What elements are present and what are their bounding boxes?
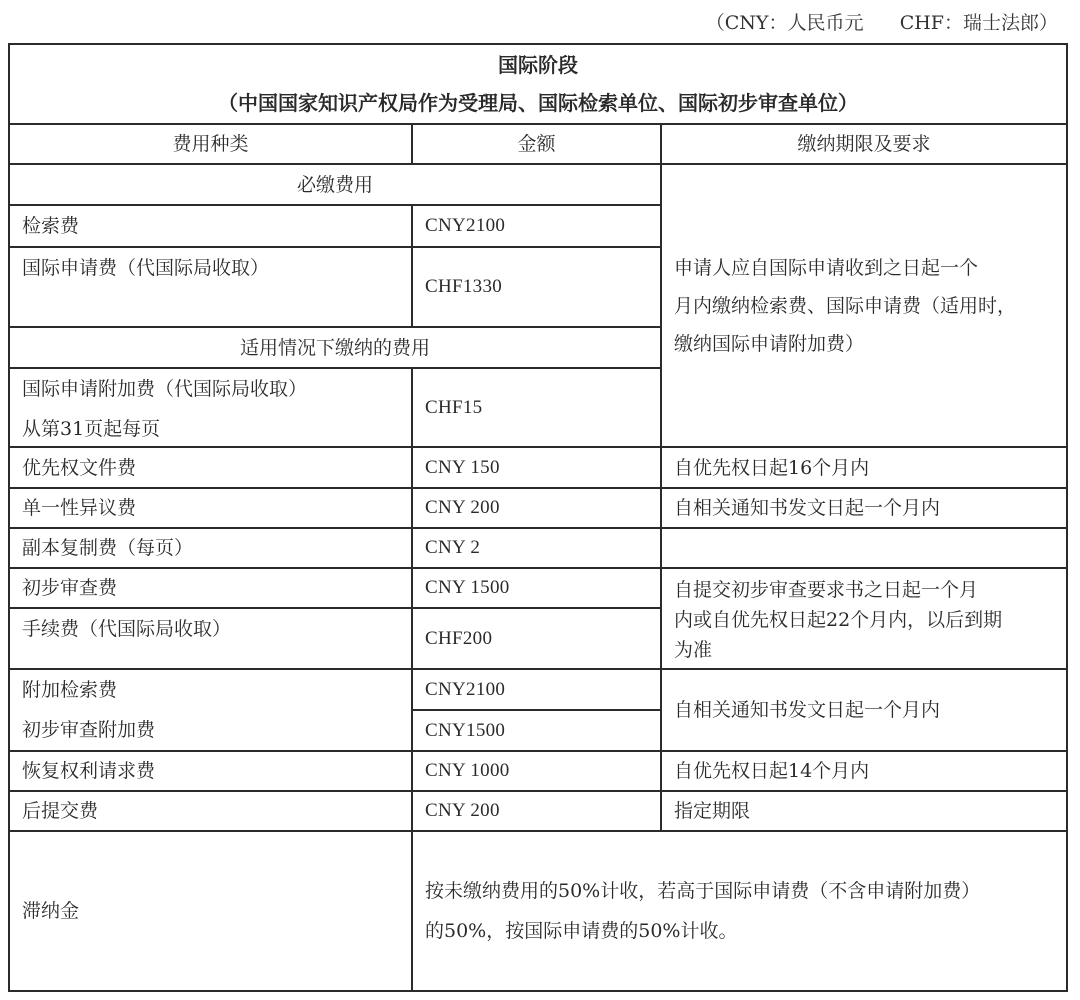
- fee-name-line: 国际申请附加费（代国际局收取）: [22, 369, 399, 409]
- amount-cell: CNY 200: [413, 792, 662, 832]
- fee-cell: 后提交费: [10, 792, 413, 832]
- requirement-line: 月内缴纳检索费、国际申请费（适用时，: [674, 287, 1016, 325]
- fee-cell: 检索费: [10, 206, 413, 248]
- fee-amount: CNY1500: [425, 711, 505, 751]
- fee-table: 国际阶段 （中国国家知识产权局作为受理局、国际检索单位、国际初步审查单位） 费用…: [8, 43, 1068, 992]
- fee-amount: CNY 200: [425, 488, 500, 528]
- section-mandatory: 必缴费用: [10, 165, 662, 206]
- fee-cell: 单一性异议费: [10, 489, 413, 529]
- fee-amount: CNY 1500: [425, 568, 510, 608]
- fee-amount: CNY 1000: [425, 751, 510, 791]
- fee-cell: 国际申请附加费（代国际局收取） 从第31页起每页: [10, 369, 413, 448]
- fee-cell: 滞纳金: [10, 832, 413, 990]
- fee-amount: CNY 2: [425, 528, 480, 568]
- header-requirement: 缴纳期限及要求: [662, 125, 1066, 165]
- requirement-cell-additional: 自相关通知书发文日起一个月内: [662, 670, 1066, 752]
- header-label: 金额: [517, 124, 555, 164]
- fee-name: 恢复权利请求费: [22, 751, 155, 791]
- fee-name: 滞纳金: [22, 891, 79, 931]
- requirement-line: 内或自优先权日起22个月内，以后到期: [674, 605, 1002, 635]
- fee-amount: CHF1330: [425, 267, 502, 307]
- amount-cell: CNY 200: [413, 489, 662, 529]
- requirement-line: 申请人应自国际申请收到之日起一个: [674, 249, 1016, 287]
- fee-name-line: 附加检索费: [22, 670, 399, 710]
- fee-amount: CNY2100: [425, 670, 505, 710]
- requirement-cell: [662, 529, 1066, 569]
- cny-legend: （CNY：人民币元: [706, 12, 864, 34]
- section-label: 必缴费用: [297, 165, 373, 205]
- fee-cell: 附加检索费 初步审查附加费: [10, 670, 413, 752]
- requirement-text: 自相关通知书发文日起一个月内: [674, 488, 940, 528]
- fee-name: 后提交费: [22, 791, 98, 831]
- requirement-text: 指定期限: [674, 791, 750, 831]
- fee-name: 单一性异议费: [22, 488, 136, 528]
- amount-cell: CNY 150: [413, 448, 662, 489]
- requirement-cell: 自优先权日起14个月内: [662, 752, 1066, 792]
- requirement-cell-prelim: 自提交初步审查要求书之日起一个月 内或自优先权日起22个月内，以后到期 为准: [662, 569, 1066, 670]
- amount-cell: CNY 1500: [413, 569, 662, 609]
- requirement-line: 缴纳国际申请附加费）: [674, 325, 1016, 363]
- fee-amount: CHF15: [425, 388, 482, 428]
- requirement-line: 为准: [674, 635, 1002, 665]
- amount-cell: CNY 2: [413, 529, 662, 569]
- fee-name: 检索费: [22, 206, 79, 246]
- fee-cell: 副本复制费（每页）: [10, 529, 413, 569]
- header-amount: 金额: [413, 125, 662, 165]
- fee-cell: 优先权文件费: [10, 448, 413, 489]
- fee-name: 手续费（代国际局收取）: [22, 609, 231, 649]
- requirement-line: 自提交初步审查要求书之日起一个月: [674, 575, 1002, 605]
- fee-amount: CNY 150: [425, 448, 500, 488]
- amount-cell: CNY2100: [413, 206, 662, 248]
- chf-legend: CHF：瑞士法郎）: [900, 12, 1058, 34]
- section-label: 适用情况下缴纳的费用: [240, 328, 430, 368]
- fee-cell: 国际申请费（代国际局收取）: [10, 248, 413, 328]
- fee-cell: 恢复权利请求费: [10, 752, 413, 792]
- fee-name: 国际申请费（代国际局收取）: [22, 248, 269, 288]
- requirement-text: 申请人应自国际申请收到之日起一个 月内缴纳检索费、国际申请费（适用时， 缴纳国际…: [674, 249, 1016, 363]
- title-text: 国际阶段: [498, 46, 578, 84]
- fee-name-line: 初步审查附加费: [22, 710, 399, 750]
- header-label: 缴纳期限及要求: [797, 124, 930, 164]
- requirement-cell-mandatory: 申请人应自国际申请收到之日起一个 月内缴纳检索费、国际申请费（适用时， 缴纳国际…: [662, 165, 1066, 448]
- section-conditional: 适用情况下缴纳的费用: [10, 328, 662, 369]
- fee-name: 初步审查费: [22, 568, 117, 608]
- requirement-text: 自相关通知书发文日起一个月内: [674, 690, 940, 730]
- fee-name-line: 从第31页起每页: [22, 409, 399, 449]
- amount-cell: CHF1330: [413, 248, 662, 328]
- fee-amount: CHF200: [425, 619, 492, 659]
- header-label: 费用种类: [172, 124, 248, 164]
- fee-name: 副本复制费（每页）: [22, 528, 193, 568]
- requirement-text: 自优先权日起14个月内: [674, 751, 869, 791]
- fee-amount: CNY2100: [425, 206, 505, 246]
- amount-cell: CNY 1000: [413, 752, 662, 792]
- fee-cell: 手续费（代国际局收取）: [10, 609, 413, 670]
- late-fee-rule-cell: 按未缴纳费用的50%计收，若高于国际申请费（不含申请附加费） 的50%，按国际申…: [413, 832, 1066, 990]
- amount-cell: CHF200: [413, 609, 662, 670]
- late-fee-line: 按未缴纳费用的50%计收，若高于国际申请费（不含申请附加费）: [425, 871, 980, 911]
- amount-cell: CHF15: [413, 369, 662, 448]
- table-title: 国际阶段 （中国国家知识产权局作为受理局、国际检索单位、国际初步审查单位）: [10, 45, 1066, 125]
- requirement-cell: 自优先权日起16个月内: [662, 448, 1066, 489]
- fee-amount: CNY 200: [425, 791, 500, 831]
- requirement-cell: 指定期限: [662, 792, 1066, 832]
- amount-cell: CNY1500: [413, 711, 662, 752]
- header-fee-type: 费用种类: [10, 125, 413, 165]
- fee-name: 优先权文件费: [22, 448, 136, 488]
- amount-cell: CNY2100: [413, 670, 662, 711]
- late-fee-text: 按未缴纳费用的50%计收，若高于国际申请费（不含申请附加费） 的50%，按国际申…: [425, 871, 980, 951]
- requirement-cell: 自相关通知书发文日起一个月内: [662, 489, 1066, 529]
- subtitle-text: （中国国家知识产权局作为受理局、国际检索单位、国际初步审查单位）: [218, 84, 858, 122]
- requirement-text: 自提交初步审查要求书之日起一个月 内或自优先权日起22个月内，以后到期 为准: [674, 575, 1002, 665]
- currency-legend: （CNY：人民币元 CHF：瑞士法郎）: [706, 8, 1058, 35]
- late-fee-line: 的50%，按国际申请费的50%计收。: [425, 911, 980, 951]
- requirement-text: 自优先权日起16个月内: [674, 448, 869, 488]
- fee-cell: 初步审查费: [10, 569, 413, 609]
